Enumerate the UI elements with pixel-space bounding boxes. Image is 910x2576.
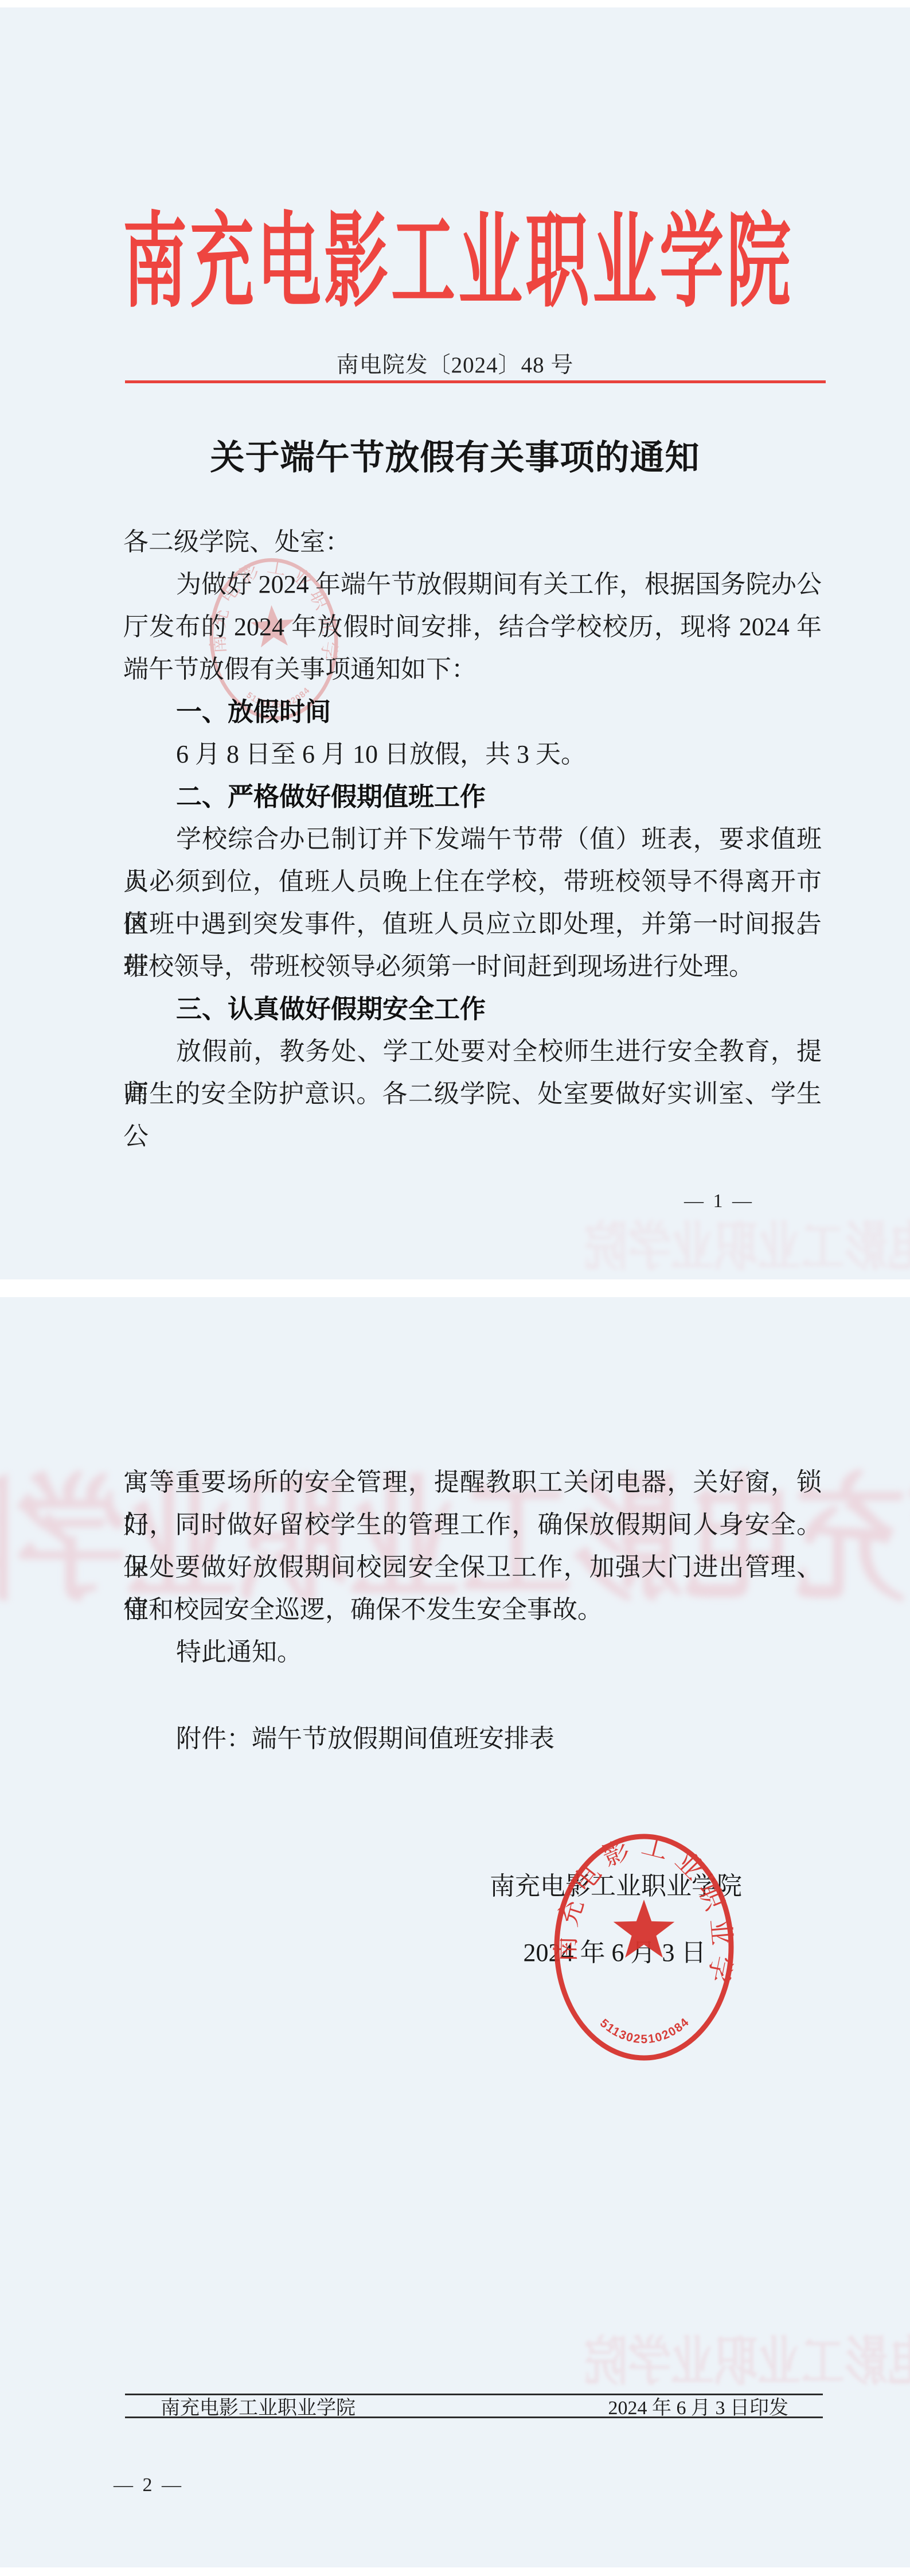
footer-issuer: 南充电影工业职业学院 bbox=[161, 2392, 356, 2420]
body-line: 卫处要做好放假期间校园安全保卫工作，加强大门进出管理、值 bbox=[123, 1546, 822, 1589]
notice-page-2: 南充电影工业职业学院 南充电影工业职业学院 寓等重要场所的安全管理，提醒教职工关… bbox=[0, 1297, 910, 2567]
body-line: 6 月 8 日至 6 月 10 日放假，共 3 天。 bbox=[123, 733, 822, 776]
body-line: 值班中遇到突发事件，值班人员应立即处理，并第一时间报告带 bbox=[123, 903, 822, 945]
official-seal: 南充电影工业职业学院 5113025102084 bbox=[546, 1832, 741, 2073]
page-number-1: — 1 — bbox=[684, 1190, 754, 1212]
body-line: 学校综合办已制订并下发端午节带（值）班表，要求值班人 bbox=[123, 818, 822, 861]
colophon-footer: 南充电影工业职业学院 2024 年 6 月 3 日印发 bbox=[125, 2394, 823, 2418]
page-number-2: — 2 — bbox=[114, 2474, 183, 2496]
body-line: 守和校园安全巡逻，确保不发生安全事故。 bbox=[123, 1589, 822, 1631]
letterhead-red-rule bbox=[125, 380, 826, 383]
document-number: 南电院发〔2024〕48 号 bbox=[0, 347, 910, 379]
ink-bleed-artifact: 南充电影工业职业学院 bbox=[0, 1212, 910, 1272]
letterhead-org-title: 南充电影工业职业学院 bbox=[123, 180, 794, 328]
notice-title: 关于端午节放假有关事项的通知 bbox=[0, 430, 910, 480]
footer-print-date: 2024 年 6 月 3 日印发 bbox=[608, 2392, 789, 2420]
body-line: 端午节放假有关事项通知如下： bbox=[123, 648, 822, 691]
section-heading-1: 一、放假时间 bbox=[123, 691, 822, 733]
ink-bleed-artifact: 南充电影工业职业学院 bbox=[0, 2327, 910, 2387]
body-line: 班校领导，带班校领导必须第一时间赶到现场进行处理。 bbox=[123, 945, 822, 988]
section-heading-3: 三、认真做好假期安全工作 bbox=[123, 988, 822, 1030]
attachment-line: 附件：端午节放假期间值班安排表 bbox=[123, 1718, 822, 1754]
body-line: 厅发布的 2024 年放假时间安排，结合学校校历，现将 2024 年 bbox=[123, 606, 822, 648]
notice-page-1: 南充电影工业职业学院 南电院发〔2024〕48 号 关于端午节放假有关事项的通知… bbox=[0, 7, 910, 1279]
body-line: 寓等重要场所的安全管理，提醒教职工关闭电器，关好窗，锁好 bbox=[123, 1461, 822, 1504]
seal-number-label: 5113025102084 bbox=[597, 2015, 692, 2046]
body-line: 员必须到位，值班人员晚上住在学校，带班校领导不得离开市区。 bbox=[123, 861, 822, 903]
seal-star-icon bbox=[614, 1900, 675, 1958]
body-line: 门，同时做好留校学生的管理工作，确保放假期间人身安全。保 bbox=[123, 1504, 822, 1546]
body-line: 师生的安全防护意识。各二级学院、处室要做好实训室、学生公 bbox=[123, 1073, 822, 1115]
body-text-page-1: 各二级学院、处室： 为做好 2024 年端午节放假期间有关工作，根据国务院办公 … bbox=[123, 521, 822, 1115]
body-text-page-2: 寓等重要场所的安全管理，提醒教职工关闭电器，关好窗，锁好 门，同时做好留校学生的… bbox=[123, 1461, 822, 1674]
body-line: 为做好 2024 年端午节放假期间有关工作，根据国务院办公 bbox=[123, 563, 822, 606]
scanned-notice-document: { "colors": { "page_background": "#edf3f… bbox=[0, 0, 910, 2576]
salutation-line: 各二级学院、处室： bbox=[123, 521, 822, 563]
closing-line: 特此通知。 bbox=[123, 1631, 822, 1674]
body-line: 放假前，教务处、学工处要对全校师生进行安全教育，提高 bbox=[123, 1030, 822, 1073]
section-heading-2: 二、严格做好假期值班工作 bbox=[123, 776, 822, 818]
svg-text:5113025102084: 5113025102084 bbox=[597, 2015, 692, 2046]
